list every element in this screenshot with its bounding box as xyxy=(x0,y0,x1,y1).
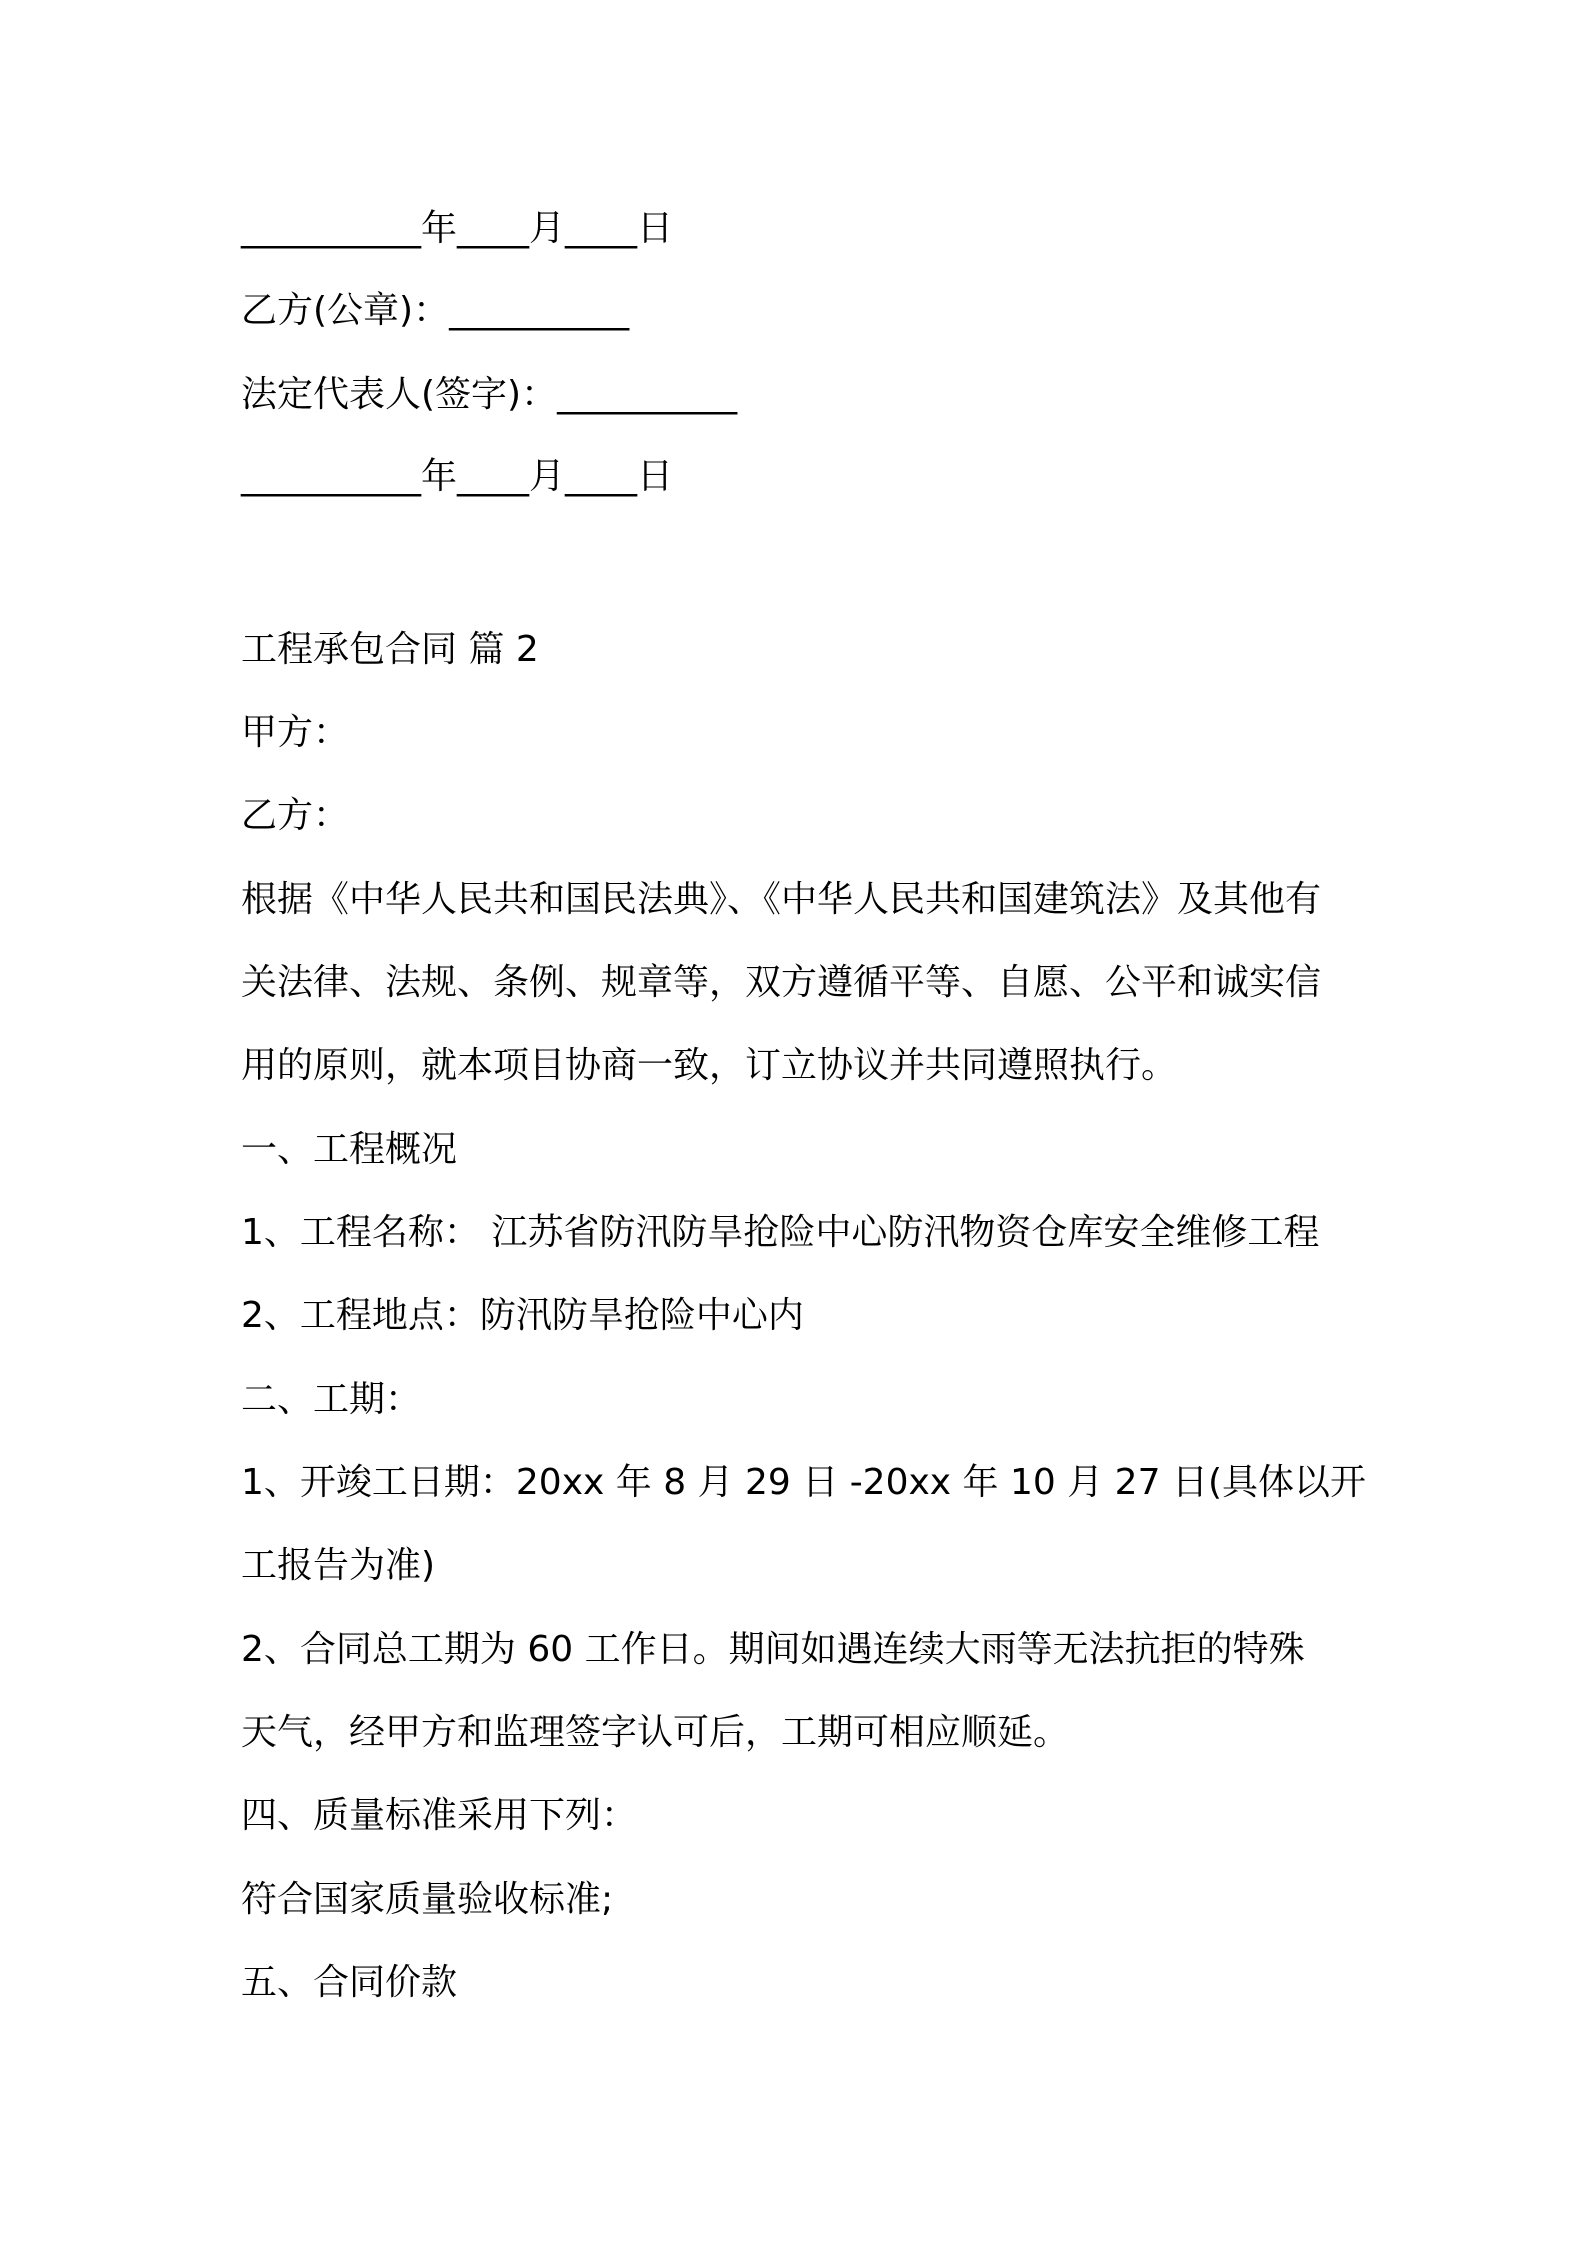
total-duration-line-2: 天气，经甲方和监理签字认可后，工期可相应顺延。 xyxy=(241,1711,1069,1755)
party-b-seal-line: 乙方(公章)：__________ xyxy=(241,289,629,333)
section-heading-schedule: 二、工期： xyxy=(241,1378,421,1422)
preamble-line-1: 根据《中华人民共和国民法典》、《中华人民共和国建筑法》及其他有 xyxy=(241,878,1321,922)
party-a-label: 甲方： xyxy=(241,711,349,755)
date-line-party-a: __________年____月____日 xyxy=(241,207,673,251)
party-b-label: 乙方： xyxy=(241,794,349,838)
legal-representative-signature-line: 法定代表人(签字)：__________ xyxy=(241,373,737,417)
schedule-dates-line-2: 工报告为准) xyxy=(241,1544,435,1588)
project-location: 2、工程地点：防汛防旱抢险中心内 xyxy=(241,1294,804,1338)
project-name: 1、工程名称： 江苏省防汛防旱抢险中心防汛物资仓库安全维修工程 xyxy=(241,1211,1319,1255)
section-heading-quality: 四、质量标准采用下列： xyxy=(241,1794,637,1838)
date-line-party-b: __________年____月____日 xyxy=(241,455,673,499)
quality-standard: 符合国家质量验收标准; xyxy=(241,1878,613,1922)
schedule-dates-line-1: 1、开竣工日期：20xx 年 8 月 29 日 -20xx 年 10 月 27 … xyxy=(241,1461,1366,1505)
section-heading-price: 五、合同价款 xyxy=(241,1961,457,2005)
contract-title: 工程承包合同 篇 2 xyxy=(241,628,539,672)
total-duration-line-1: 2、合同总工期为 60 工作日。期间如遇连续大雨等无法抗拒的特殊 xyxy=(241,1628,1305,1672)
preamble-line-3: 用的原则，就本项目协商一致，订立协议并共同遵照执行。 xyxy=(241,1044,1177,1088)
preamble-line-2: 关法律、法规、条例、规章等，双方遵循平等、自愿、公平和诚实信 xyxy=(241,961,1321,1005)
section-heading-overview: 一、工程概况 xyxy=(241,1128,457,1172)
